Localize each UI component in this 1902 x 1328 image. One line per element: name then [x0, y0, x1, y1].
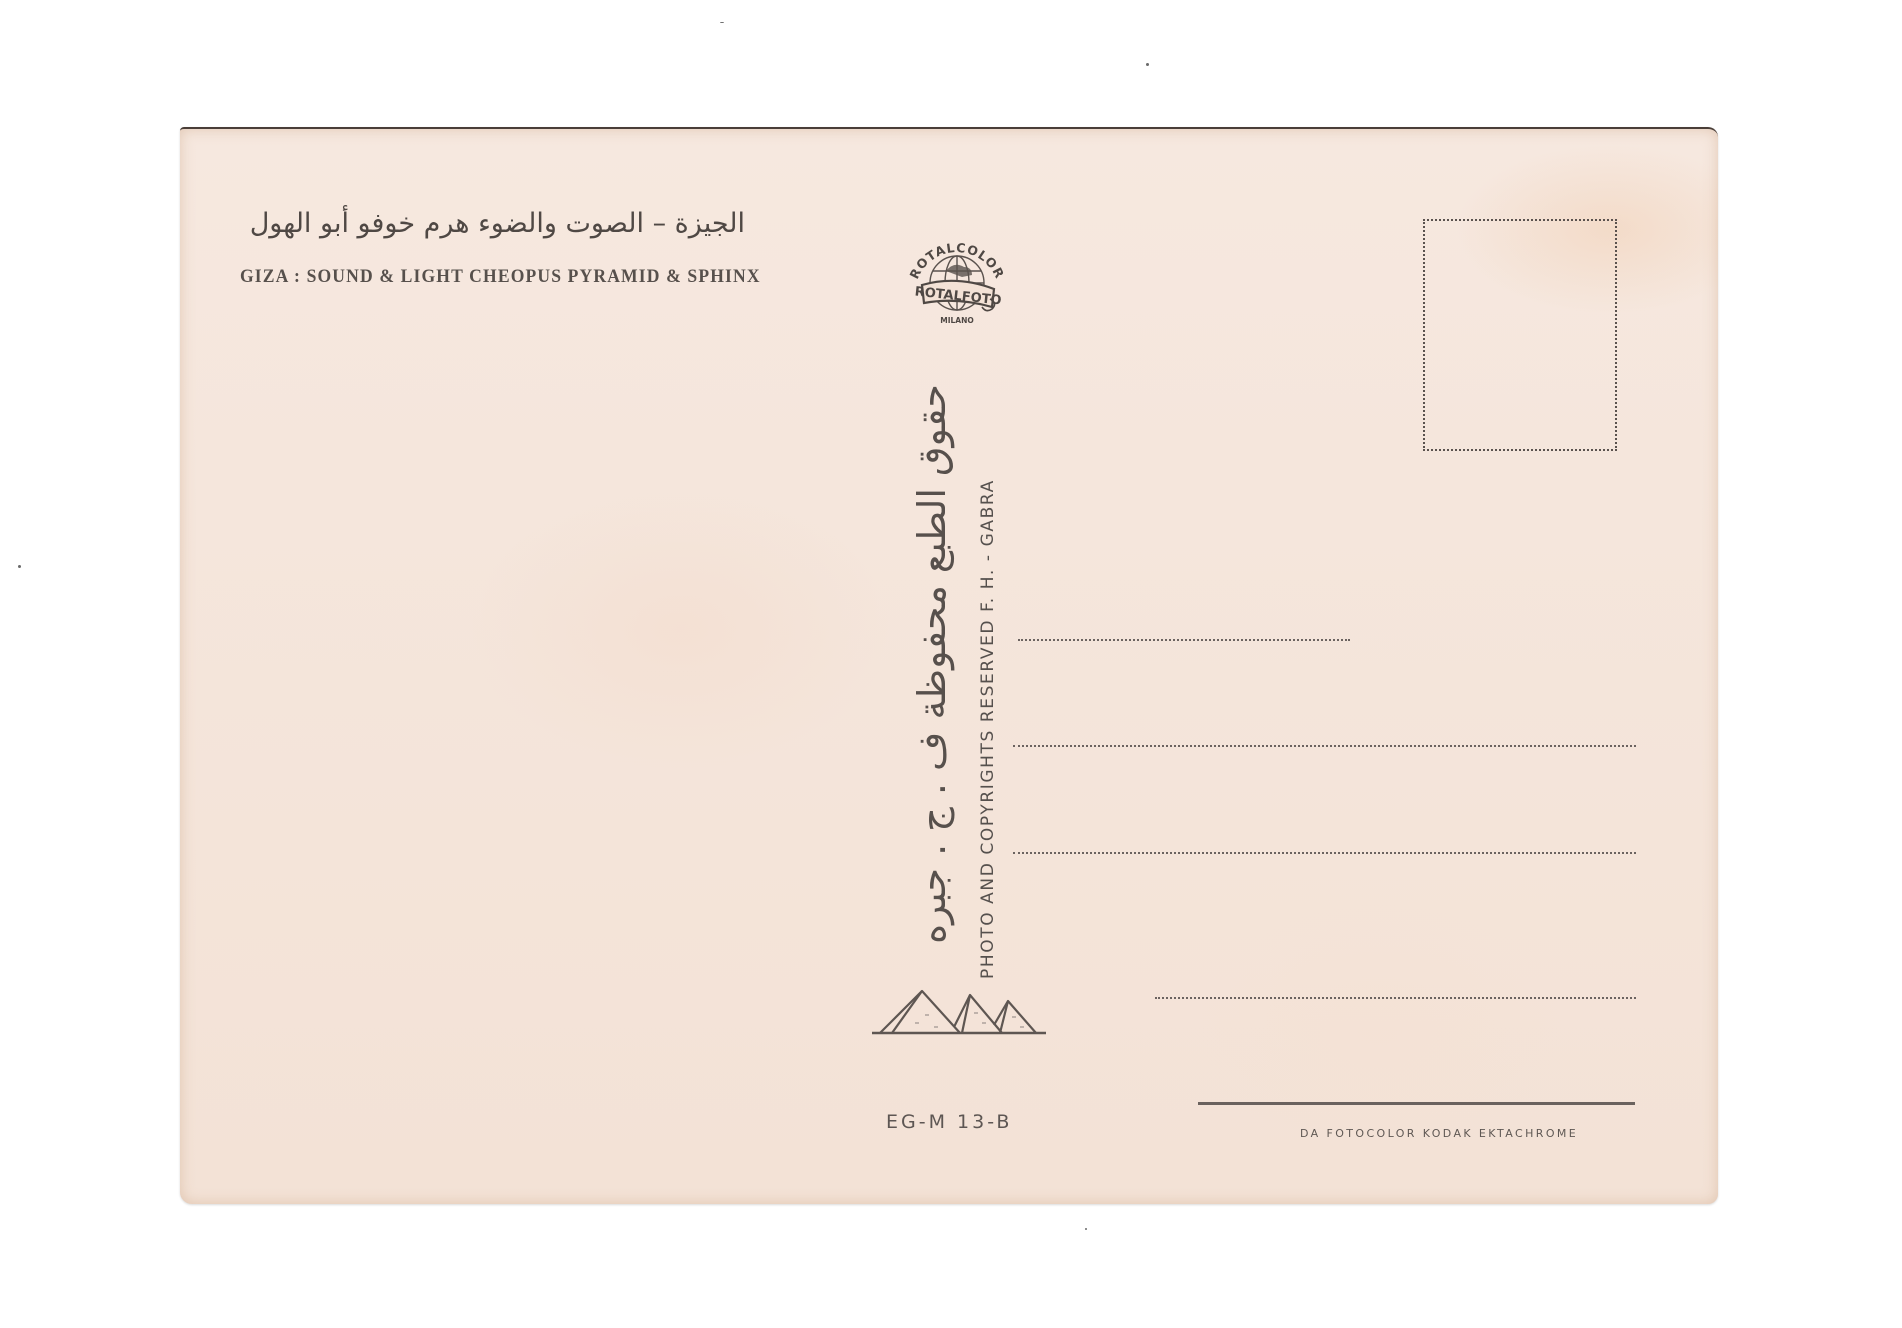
address-line-2[interactable] [1013, 745, 1636, 747]
scan-speck [720, 22, 724, 23]
address-line-1[interactable] [1018, 639, 1350, 641]
divider-line [1198, 1102, 1635, 1105]
rotalcolor-logo-icon: ROTALCOLOR ROTALFOTO MILANO [902, 227, 1012, 327]
copyright-english: PHOTO AND COPYRIGHTS RESERVED F. H. - GA… [978, 479, 998, 979]
scan-speck [18, 565, 21, 568]
pyramids-icon [870, 985, 1050, 1037]
logo-bottom-text: MILANO [940, 316, 974, 325]
copyright-arabic: حقوق الطبع محفوظة ف . ج . جبره [910, 384, 954, 944]
address-line-3[interactable] [1013, 852, 1636, 854]
caption-arabic: الجيزة – الصوت والضوء هرم خوفو أبو الهول [243, 207, 745, 241]
scan-speck [1085, 1228, 1087, 1230]
card-code: EG-M 13-B [886, 1111, 1012, 1133]
postcard-back: الجيزة – الصوت والضوء هرم خوفو أبو الهول… [180, 127, 1718, 1204]
scan-speck [1146, 63, 1149, 66]
stamp-placeholder [1423, 219, 1617, 451]
caption-english: GIZA : SOUND & LIGHT CHEOPUS PYRAMID & S… [240, 267, 761, 288]
address-line-4[interactable] [1155, 997, 1636, 999]
film-credit: DA FOTOCOLOR KODAK EKTACHROME [1300, 1127, 1578, 1140]
